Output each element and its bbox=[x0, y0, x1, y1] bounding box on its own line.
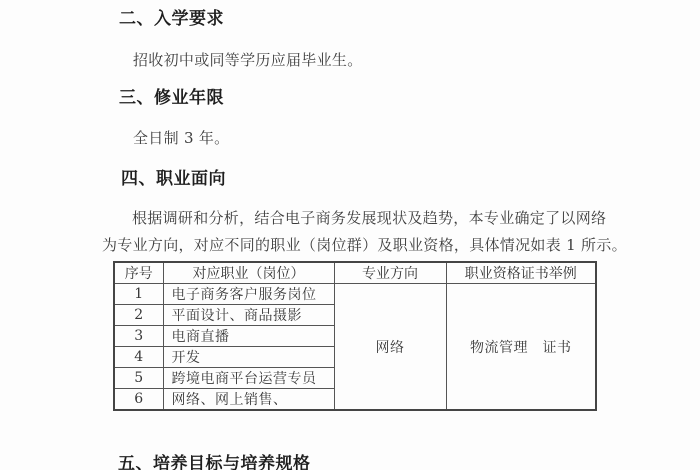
section-2-body: 招收初中或同等学历应届毕业生。 bbox=[133, 51, 363, 70]
cell-no: 5 bbox=[114, 368, 163, 389]
cell-job: 跨境电商平台运营专员 bbox=[163, 368, 334, 389]
section-3-heading: 三、修业年限 bbox=[119, 88, 224, 109]
section-4-heading: 四、职业面向 bbox=[121, 169, 226, 190]
table-row: 1 电子商务客户服务岗位 网络 物流管理 证书 bbox=[114, 284, 596, 305]
career-table: 序号 对应职业（岗位） 专业方向 职业资格证书举例 1 电子商务客户服务岗位 网… bbox=[113, 261, 597, 411]
header-major-direction: 专业方向 bbox=[334, 262, 446, 284]
cell-job: 平面设计、商品摄影 bbox=[163, 305, 334, 326]
document-page: 二、入学要求 招收初中或同等学历应届毕业生。 三、修业年限 全日制 3 年。 四… bbox=[0, 0, 700, 470]
cell-job: 电子商务客户服务岗位 bbox=[163, 284, 334, 305]
table-header-row: 序号 对应职业（岗位） 专业方向 职业资格证书举例 bbox=[114, 262, 596, 284]
cell-no: 1 bbox=[114, 284, 163, 305]
cell-no: 4 bbox=[114, 347, 163, 368]
section-3-body: 全日制 3 年。 bbox=[133, 129, 229, 148]
section-4-body-line1: 根据调研和分析，结合电子商务发展现状及趋势，本专业确定了以网络 bbox=[132, 209, 606, 228]
cell-no: 3 bbox=[114, 326, 163, 347]
header-certificate-examples: 职业资格证书举例 bbox=[446, 262, 596, 284]
cell-job: 电商直播 bbox=[163, 326, 334, 347]
cell-no: 2 bbox=[114, 305, 163, 326]
section-2-heading: 二、入学要求 bbox=[119, 9, 224, 30]
cell-job: 网络、网上销售、 bbox=[163, 389, 334, 411]
cell-direction: 网络 bbox=[334, 284, 446, 411]
cell-certificate: 物流管理 证书 bbox=[446, 284, 596, 411]
header-corresponding-job: 对应职业（岗位） bbox=[163, 262, 334, 284]
cell-job: 开发 bbox=[163, 347, 334, 368]
cell-no: 6 bbox=[114, 389, 163, 411]
header-serial-number: 序号 bbox=[114, 262, 163, 284]
section-4-body-line2: 为专业方向，对应不同的职业（岗位群）及职业资格，具体情况如表 1 所示。 bbox=[102, 236, 627, 255]
section-5-heading: 五、培养目标与培养规格 bbox=[118, 454, 311, 470]
